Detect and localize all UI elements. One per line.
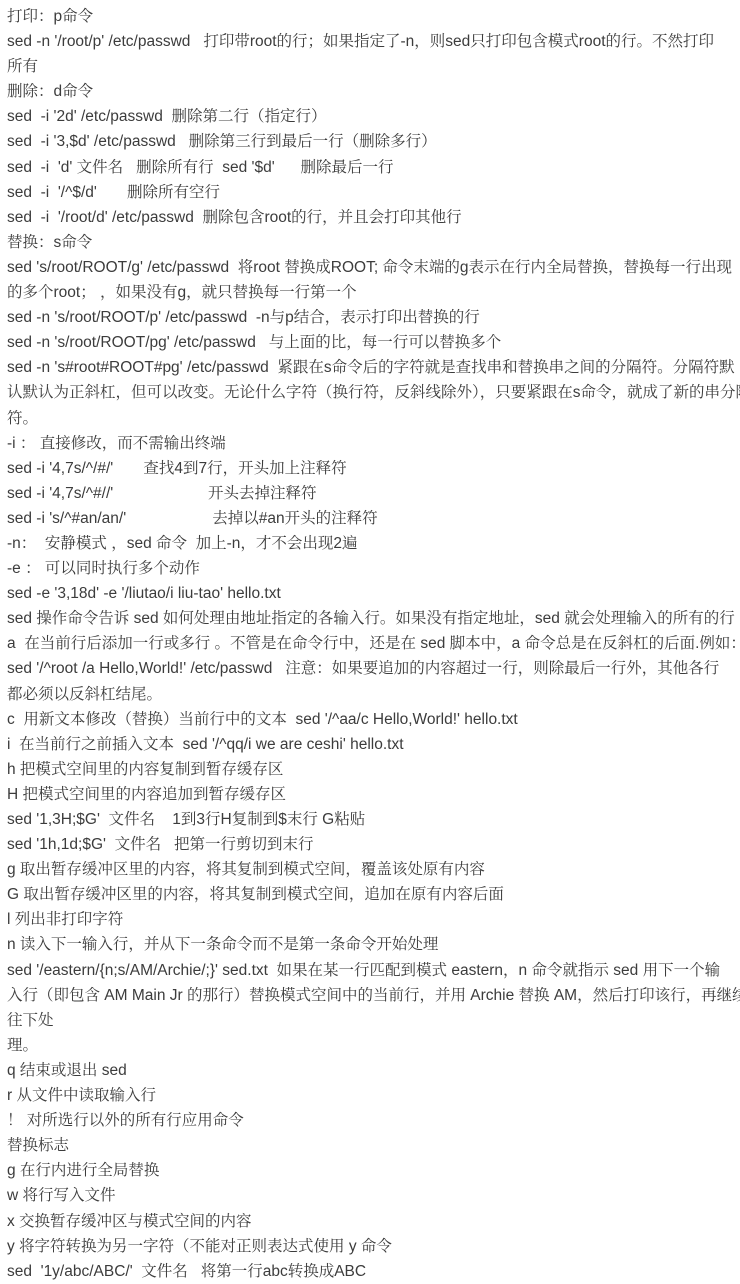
text-line: 替换：s命令: [7, 230, 740, 255]
text-line: sed -i 's/^#an/an/' 去掉以#an开头的注释符: [7, 506, 740, 531]
text-line: sed '/^root /a Hello,World!' /etc/passwd…: [7, 656, 740, 681]
text-line: sed -n '/root/p' /etc/passwd 打印带root的行；如…: [7, 29, 740, 54]
text-line: -i ： 直接修改，而不需输出终端: [7, 431, 740, 456]
text-line: sed -i '3,$d' /etc/passwd 删除第三行到最后一行（删除多…: [7, 129, 740, 154]
text-line: a 在当前行后添加一行或多行 。不管是在命令行中，还是在 sed 脚本中，a 命…: [7, 631, 740, 656]
text-line: sed 操作命令告诉 sed 如何处理由地址指定的各输入行。如果没有指定地址，s…: [7, 606, 740, 631]
text-line: H 把模式空间里的内容追加到暂存缓存区: [7, 782, 740, 807]
text-line: q 结束或退出 sed: [7, 1058, 740, 1083]
text-line: ！ 对所选行以外的所有行应用命令: [7, 1108, 740, 1133]
text-line: sed -i '2d' /etc/passwd 删除第二行（指定行）: [7, 104, 740, 129]
text-line: 删除：d命令: [7, 79, 740, 104]
text-line: sed -i '4,7s/^/#/' 查找4到7行，开头加上注释符: [7, 456, 740, 481]
text-line: g 在行内进行全局替换: [7, 1158, 740, 1183]
text-line: G 取出暂存缓冲区里的内容，将其复制到模式空间，追加在原有内容后面: [7, 882, 740, 907]
text-line: sed '1y/abc/ABC/' 文件名 将第一行abc转换成ABC: [7, 1259, 740, 1284]
text-line: -n： 安静模式 ，sed 命令 加上-n，才不会出现2遍: [7, 531, 740, 556]
text-line: sed '/eastern/{n;s/AM/Archie/;}' sed.txt…: [7, 958, 740, 983]
text-line: 符。: [7, 406, 740, 431]
text-line: 认默认为正斜杠，但可以改变。无论什么字符（换行符，反斜线除外），只要紧跟在s命令…: [7, 380, 740, 405]
text-line: i 在当前行之前插入文本 sed '/^qq/i we are ceshi' h…: [7, 732, 740, 757]
text-line: n 读入下一输入行，并从下一条命令而不是第一条命令开始处理: [7, 932, 740, 957]
text-line: 替换标志: [7, 1133, 740, 1158]
text-line: y 将字符转换为另一字符（不能对正则表达式使用 y 命令: [7, 1234, 740, 1259]
text-line: sed -e '3,18d' -e '/liutao/i liu-tao' he…: [7, 581, 740, 606]
text-line: sed -n 's/root/ROOT/pg' /etc/passwd 与上面的…: [7, 330, 740, 355]
text-line: sed 's/root/ROOT/g' /etc/passwd 将root 替换…: [7, 255, 740, 280]
text-line: 往下处: [7, 1008, 740, 1033]
text-line: w 将行写入文件: [7, 1183, 740, 1208]
text-line: sed -i 'd' 文件名 删除所有行 sed '$d' 删除最后一行: [7, 155, 740, 180]
text-line: sed '1,3H;$G' 文件名 1到3行H复制到$末行 G粘贴: [7, 807, 740, 832]
text-line: 入行（即包含 AM Main Jr 的那行）替换模式空间中的当前行，并用 Arc…: [7, 983, 740, 1008]
text-line: 所有: [7, 54, 740, 79]
text-line: -e ： 可以同时执行多个动作: [7, 556, 740, 581]
text-line: 的多个root； ，如果没有g，就只替换每一行第一个: [7, 280, 740, 305]
text-line: g 取出暂存缓冲区里的内容，将其复制到模式空间，覆盖该处原有内容: [7, 857, 740, 882]
document-page: 打印：p命令sed -n '/root/p' /etc/passwd 打印带ro…: [0, 0, 740, 1284]
text-line: sed -i '/^$/d' 删除所有空行: [7, 180, 740, 205]
text-line: sed '1h,1d;$G' 文件名 把第一行剪切到末行: [7, 832, 740, 857]
text-line: sed -i '4,7s/^#//' 开头去掉注释符: [7, 481, 740, 506]
text-line: sed -n 's/root/ROOT/p' /etc/passwd -n与p结…: [7, 305, 740, 330]
text-line: 打印：p命令: [7, 4, 740, 29]
text-line: 都必须以反斜杠结尾。: [7, 682, 740, 707]
text-line: c 用新文本修改（替换）当前行中的文本 sed '/^aa/c Hello,Wo…: [7, 707, 740, 732]
text-line: sed -n 's#root#ROOT#pg' /etc/passwd 紧跟在s…: [7, 355, 740, 380]
text-line: x 交换暂存缓冲区与模式空间的内容: [7, 1209, 740, 1234]
text-line: 理。: [7, 1033, 740, 1058]
text-line: sed -i '/root/d' /etc/passwd 删除包含root的行，…: [7, 205, 740, 230]
text-line: l 列出非打印字符: [7, 907, 740, 932]
text-line: r 从文件中读取输入行: [7, 1083, 740, 1108]
document-body: 打印：p命令sed -n '/root/p' /etc/passwd 打印带ro…: [0, 0, 740, 1284]
text-line: h 把模式空间里的内容复制到暂存缓存区: [7, 757, 740, 782]
